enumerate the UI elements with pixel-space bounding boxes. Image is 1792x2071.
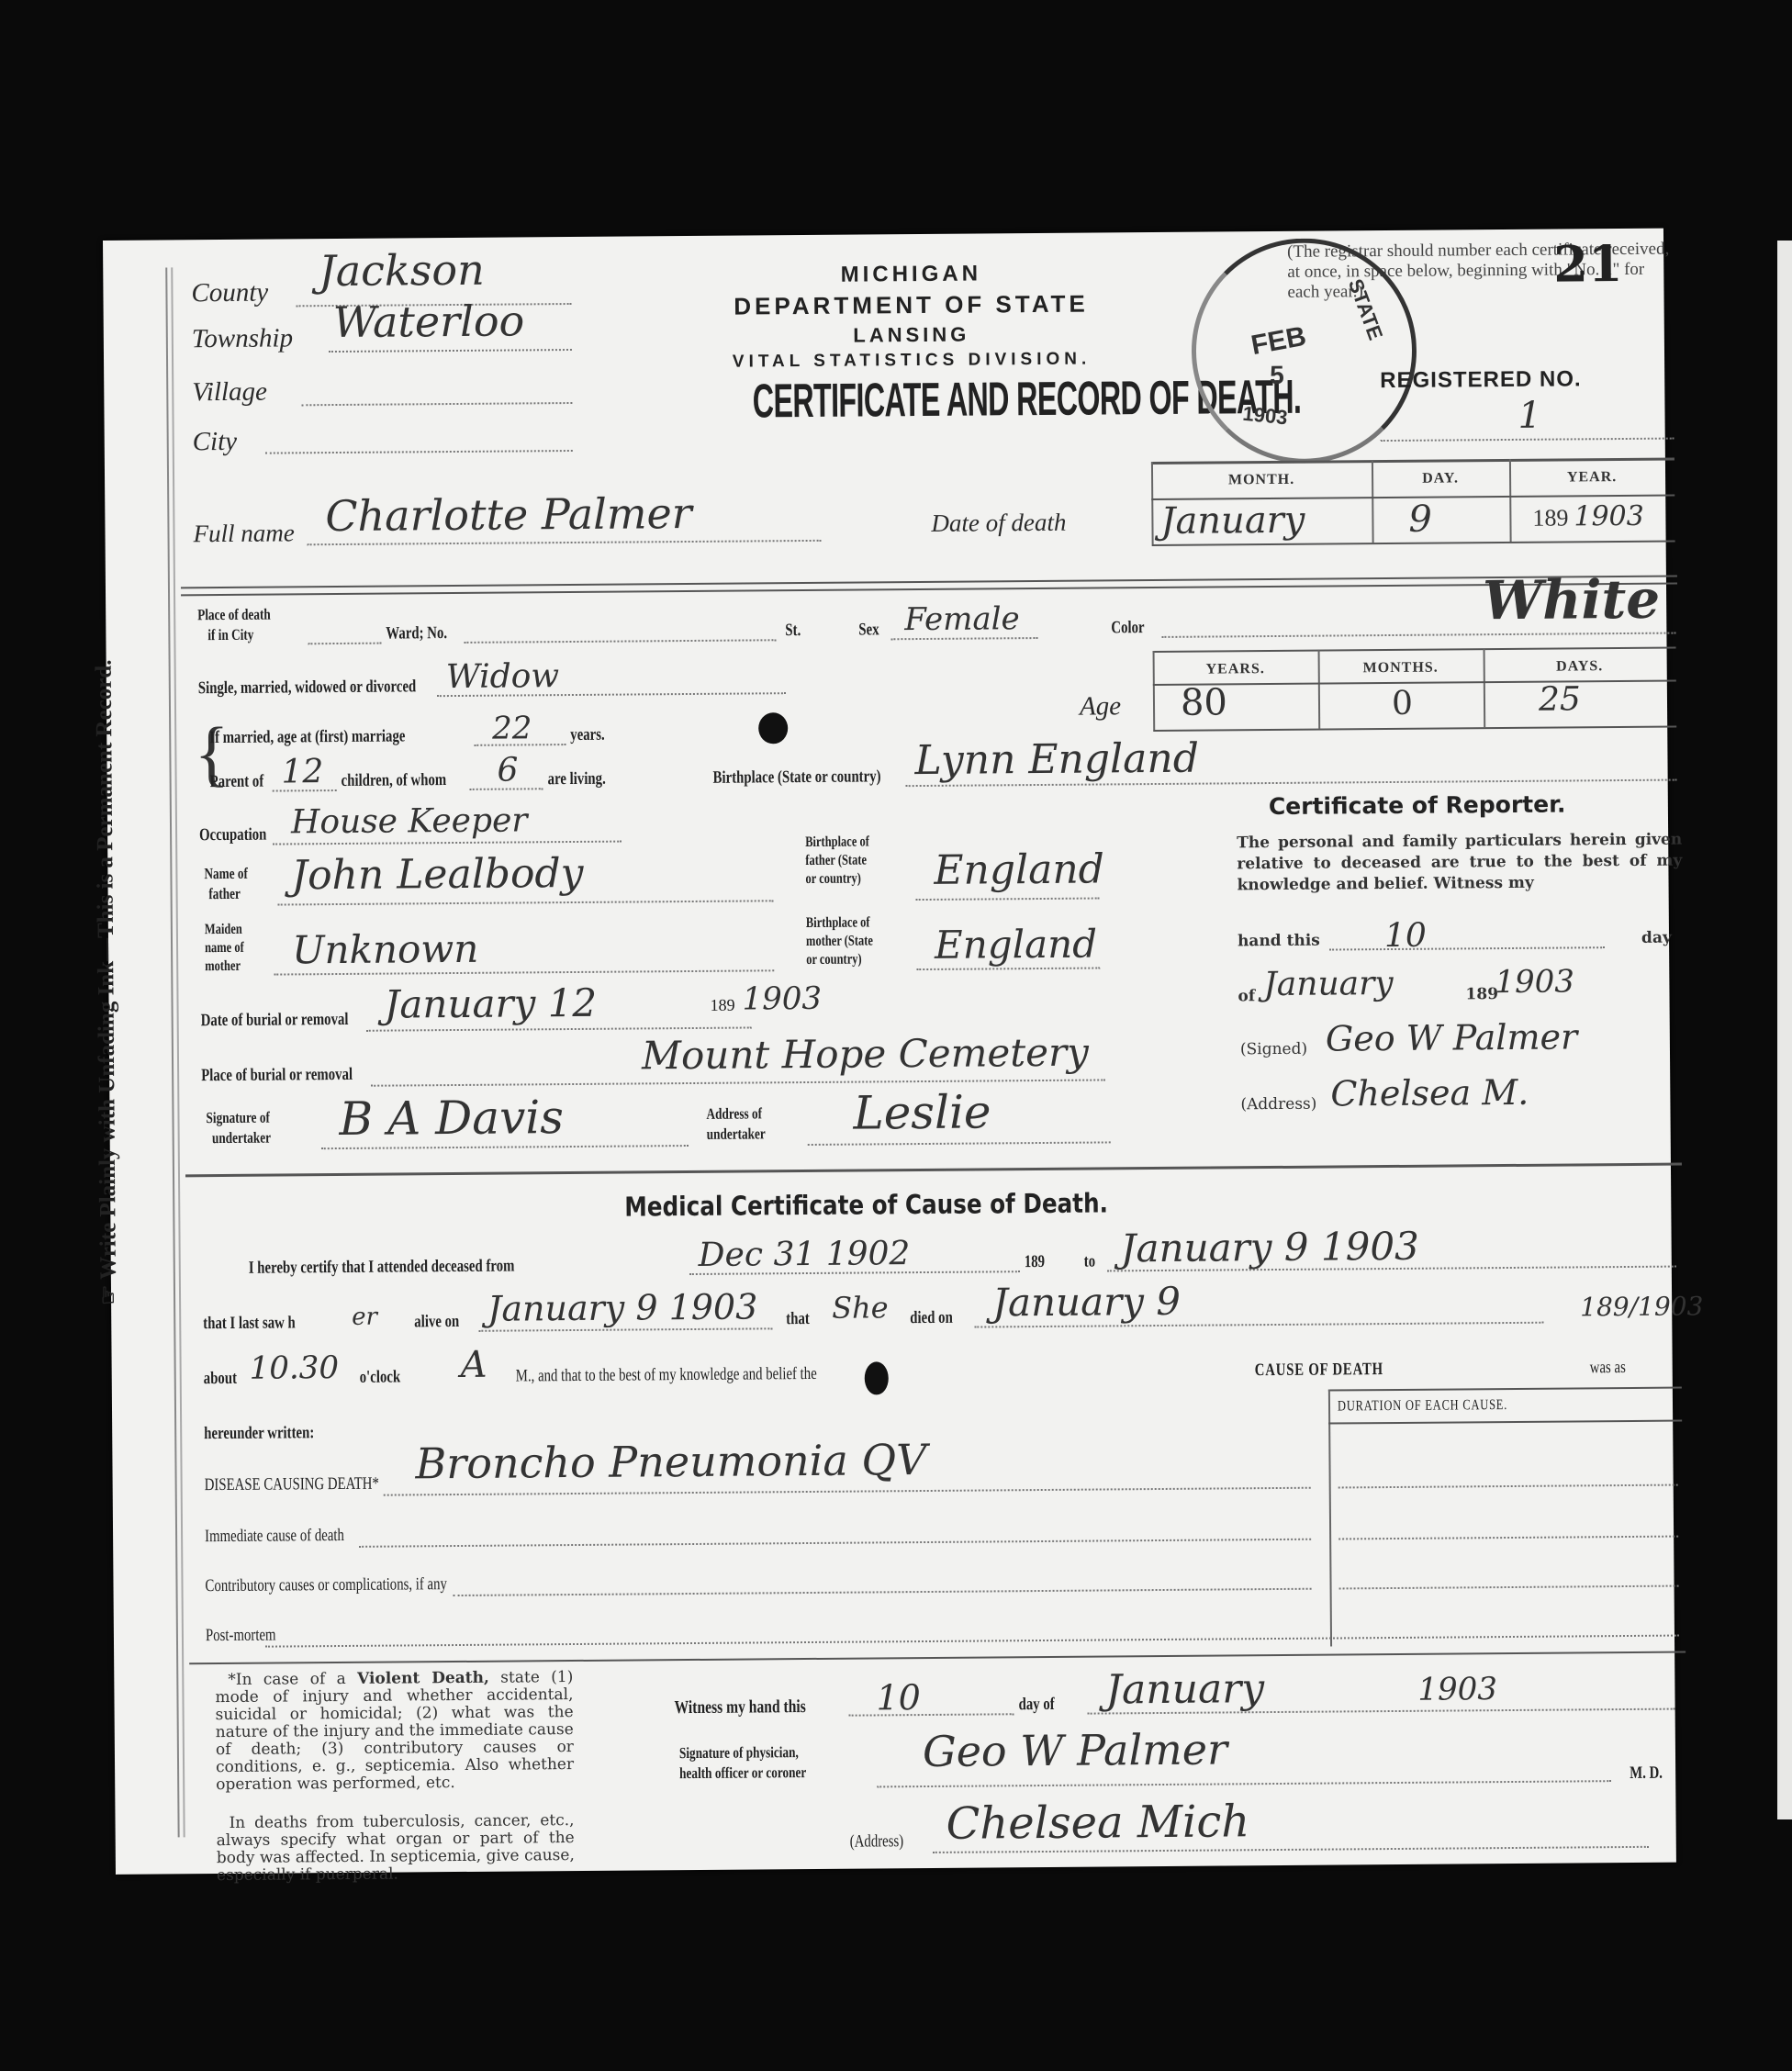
burial-date-line — [366, 1026, 752, 1031]
age-at-marriage-label: If married, age at (first) marriage — [209, 726, 405, 748]
township-line — [329, 349, 572, 353]
reporter-address-value[interactable]: Chelsea M. — [1330, 1072, 1529, 1114]
city-field[interactable] — [265, 450, 573, 454]
age-label: Age — [1080, 691, 1121, 722]
undertaker-signature-value[interactable]: B A Davis — [339, 1091, 564, 1146]
age-at-marriage-value[interactable]: 22 — [492, 710, 532, 746]
date-month-header: MONTH. — [1151, 471, 1372, 489]
md-label: M. D. — [1630, 1763, 1663, 1784]
death-certificate: ☞ Write Plainly with Unfading Ink—This i… — [103, 229, 1676, 1875]
undertaker-address-label: Address of undertaker — [706, 1103, 765, 1145]
cause-of-death-bold: CAUSE OF DEATH — [1255, 1360, 1383, 1381]
age-years-value[interactable]: 80 — [1181, 681, 1227, 723]
father-birthplace-label-2: father (State — [805, 852, 867, 868]
father-birthplace-value[interactable]: England — [934, 845, 1104, 893]
stamp-year: 1903 — [1241, 402, 1288, 431]
mother-birthplace-label: Birthplace of mother (State or country) — [806, 913, 873, 969]
reporter-day-label: day — [1641, 928, 1672, 949]
living-count[interactable]: 6 — [497, 751, 518, 789]
last-saw-label: that I last saw h — [203, 1313, 296, 1334]
header-city: LANSING — [655, 321, 1169, 349]
adjacent-page-edge — [1777, 241, 1792, 1819]
burial-place-value[interactable]: Mount Hope Cemetery — [642, 1030, 1089, 1079]
village-label: Village — [192, 377, 267, 409]
disease-value[interactable]: Broncho Pneumonia QV — [415, 1435, 926, 1488]
father-birthplace-label: Birthplace of father (State or country) — [805, 833, 869, 889]
place-of-death-label-1: Place of death — [197, 606, 271, 624]
father-birthplace-label-3: or country) — [805, 871, 861, 887]
sex-value[interactable]: Female — [904, 600, 1020, 638]
father-name-value[interactable]: John Lealbody — [291, 850, 583, 899]
age-years-header: YEARS. — [1153, 661, 1318, 678]
form-title: CERTIFICATE AND RECORD OF DEATH. — [753, 372, 1072, 430]
birthplace-value[interactable]: Lynn England — [914, 735, 1199, 784]
attended-label: I hereby certify that I attended decease… — [249, 1257, 515, 1279]
full-name-label: Full name — [193, 519, 294, 548]
attended-to-value[interactable]: January 9 1903 — [1120, 1224, 1419, 1271]
physician-label-2: health officer or coroner — [679, 1763, 806, 1782]
that-label: that — [786, 1309, 810, 1329]
age-months-header: MONTHS. — [1318, 659, 1484, 677]
age-table-bottom — [1153, 726, 1676, 732]
mother-birthplace-label-3: or country) — [806, 952, 862, 968]
undertaker-address-line — [808, 1141, 1111, 1146]
physician-line — [877, 1780, 1611, 1787]
father-line — [278, 900, 774, 905]
age-days-value[interactable]: 25 — [1539, 680, 1581, 718]
date-day-header: DAY. — [1372, 470, 1509, 487]
children-count[interactable]: 12 — [281, 753, 323, 790]
header-state: MICHIGAN — [654, 260, 1168, 289]
date-table-top — [1151, 458, 1674, 465]
burial-year-value[interactable]: 1903 — [742, 980, 822, 1018]
footnote-prefix: *In case of a — [215, 1670, 357, 1689]
witness-month-value[interactable]: January — [1105, 1665, 1264, 1713]
hereunder-label: hereunder written: — [204, 1423, 314, 1444]
stamp-month: FEB — [1249, 321, 1308, 362]
marital-value[interactable]: Widow — [446, 657, 560, 696]
died-year-value[interactable]: 189/1903 — [1580, 1291, 1703, 1322]
death-year-printed: 189 — [1532, 504, 1568, 532]
witness-label: Witness my hand this — [674, 1696, 805, 1718]
postmortem-label: Post-mortem — [206, 1626, 276, 1647]
father-label-2: father — [205, 885, 241, 902]
age-at-marriage-unit: years. — [570, 725, 605, 745]
reporter-day-line — [1329, 946, 1605, 950]
section-divider-3 — [189, 1651, 1686, 1665]
duration-field-2[interactable] — [1338, 1536, 1678, 1540]
registered-no-label: REGISTERED NO. — [1380, 366, 1582, 394]
died-on-value[interactable]: January 9 — [992, 1279, 1181, 1326]
occupation-label: Occupation — [199, 825, 266, 846]
duration-header-bottom — [1328, 1420, 1682, 1425]
burial-place-label: Place of burial or removal — [201, 1065, 353, 1086]
color-value[interactable]: White — [1483, 568, 1661, 632]
duration-left — [1328, 1390, 1332, 1647]
date-year-header: YEAR. — [1509, 469, 1674, 487]
physician-signature-value[interactable]: Geo W Palmer — [923, 1724, 1227, 1776]
father-label: Name of father — [204, 864, 248, 904]
header-department: DEPARTMENT OF STATE — [654, 289, 1168, 321]
undertaker-address-value[interactable]: Leslie — [853, 1085, 991, 1139]
mother-label: Maiden name of mother — [205, 921, 244, 976]
that-value[interactable]: She — [832, 1290, 889, 1325]
m-label: M., and that to the best of my knowledge… — [516, 1364, 817, 1387]
township-value[interactable]: Waterloo — [332, 296, 524, 347]
to-label: to — [1084, 1252, 1096, 1272]
mother-birthplace-label-2: mother (State — [806, 933, 873, 949]
stamp-side-text: STATE — [1343, 275, 1387, 343]
undertaker-address-label-2: undertaker — [707, 1125, 766, 1143]
duration-field-1[interactable] — [1338, 1484, 1678, 1489]
mother-label-2: name of — [205, 940, 244, 956]
death-year-value[interactable]: 1903 — [1574, 500, 1644, 533]
mother-name-value[interactable]: Unknown — [292, 926, 479, 973]
undertaker-signature-label-1: Signature of — [206, 1109, 270, 1127]
ink-blot — [758, 712, 788, 744]
about-value[interactable]: 10.30 — [249, 1349, 339, 1387]
burial-date-value[interactable]: January 12 — [384, 980, 597, 1027]
alive-on-value[interactable]: January 9 1903 — [487, 1286, 758, 1328]
about-label: about — [204, 1369, 237, 1389]
ampm-value[interactable]: A — [460, 1344, 487, 1386]
section-divider-2 — [185, 1163, 1682, 1178]
reporter-day-value[interactable]: 10 — [1384, 917, 1427, 955]
died-on-label: died on — [910, 1308, 953, 1328]
duration-header: DURATION OF EACH CAUSE. — [1338, 1397, 1507, 1415]
received-date-stamp: FEB 5 1903 STATE — [1191, 238, 1417, 465]
immediate-label: Immediate cause of death — [205, 1526, 344, 1547]
date-of-death-label: Date of death — [931, 509, 1066, 538]
page-number: 21 — [1553, 234, 1623, 294]
mother-label-3: mother — [205, 958, 241, 974]
physician-label: Signature of physician, health officer o… — [679, 1742, 806, 1784]
reporter-signed-label: (Signed) — [1240, 1039, 1307, 1061]
reporter-address-label: (Address) — [1240, 1094, 1316, 1116]
physician-address-label: (Address) — [850, 1831, 904, 1852]
reporter-signed-value[interactable]: Geo W Palmer — [1326, 1016, 1578, 1058]
place-of-death-label-2: if in City — [197, 626, 253, 644]
place-of-death-field[interactable] — [308, 643, 381, 645]
reporter-hand-label: hand this — [1238, 931, 1320, 953]
father-birthplace-line — [916, 897, 1100, 901]
mother-birthplace-label-1: Birthplace of — [806, 914, 870, 931]
burial-year-printed: 189 — [710, 996, 734, 1015]
undertaker-signature-label-2: undertaker — [207, 1129, 271, 1147]
age-months-value[interactable]: 0 — [1392, 685, 1413, 722]
ward-label: Ward; No. — [386, 623, 447, 644]
death-month-value[interactable]: January — [1160, 499, 1305, 543]
was-label: was as — [1590, 1358, 1626, 1378]
registered-no-line — [1381, 438, 1674, 442]
county-value[interactable]: Jackson — [319, 245, 485, 296]
ink-blot-2 — [865, 1361, 889, 1394]
immediate-field[interactable] — [359, 1539, 1311, 1548]
attended-year-printed: 189 — [1025, 1252, 1045, 1272]
mother-birthplace-line — [916, 967, 1100, 970]
full-name-value[interactable]: Charlotte Palmer — [325, 488, 692, 541]
permanent-record-note: ☞ Write Plainly with Unfading Ink—This i… — [90, 659, 123, 1305]
age-table-top — [1153, 647, 1676, 653]
mother-birthplace-value[interactable]: England — [935, 922, 1097, 968]
form-header: MICHIGAN DEPARTMENT OF STATE LANSING VIT… — [654, 260, 1169, 430]
contributory-field[interactable] — [454, 1588, 1312, 1596]
marital-label: Single, married, widowed or divorced — [198, 677, 417, 699]
city-label: City — [193, 427, 238, 457]
physician-address-value[interactable]: Chelsea Mich — [946, 1796, 1249, 1850]
color-line — [1161, 632, 1675, 638]
contributory-label: Contributory causes or complications, if… — [205, 1574, 447, 1596]
children-label: children, of whom — [342, 770, 447, 791]
street-label: St. — [785, 621, 801, 641]
undertaker-signature-line — [321, 1145, 689, 1149]
township-label: Township — [192, 323, 293, 354]
violent-death-footnote: *In case of a Violent Death, state (1) m… — [215, 1669, 574, 1794]
registered-no-value[interactable]: 1 — [1518, 395, 1541, 437]
birthplace-label: Birthplace (State or country) — [713, 767, 881, 788]
occupation-line — [273, 841, 622, 845]
physician-label-1: Signature of physician, — [679, 1743, 799, 1762]
oclock-label: o'clock — [360, 1367, 401, 1387]
disease-label: DISEASE CAUSING DEATH* — [205, 1474, 379, 1495]
header-division: VITAL STATISTICS DIVISION. — [655, 349, 1169, 373]
medical-title: Medical Certificate of Cause of Death. — [624, 1187, 1108, 1222]
duration-field-3[interactable] — [1339, 1585, 1679, 1590]
age-table-mid — [1153, 680, 1676, 686]
attended-from-value[interactable]: Dec 31 1902 — [699, 1235, 911, 1274]
place-of-death-label: Place of death if in City — [197, 605, 271, 646]
color-label: Color — [1111, 618, 1144, 638]
burial-place-line — [371, 1079, 1105, 1086]
reporter-year-value[interactable]: 1903 — [1495, 963, 1574, 1001]
reporter-of-label: of — [1238, 986, 1255, 1007]
postmortem-field[interactable] — [265, 1635, 1679, 1648]
alive-on-label: alive on — [414, 1312, 459, 1332]
age-days-header: DAYS. — [1484, 658, 1676, 677]
mother-label-1: Maiden — [205, 922, 242, 937]
reporter-month-value[interactable]: January — [1263, 965, 1394, 1003]
ward-field[interactable] — [464, 639, 776, 644]
occupation-value[interactable]: House Keeper — [291, 801, 528, 841]
undertaker-address-label-1: Address of — [706, 1104, 762, 1122]
undertaker-signature-label: Signature of undertaker — [206, 1108, 271, 1149]
father-birthplace-label-1: Birthplace of — [805, 834, 869, 850]
death-day-value[interactable]: 9 — [1408, 498, 1432, 541]
disease-footnote: In deaths from tuberculosis, cancer, etc… — [216, 1812, 575, 1885]
father-label-1: Name of — [204, 865, 248, 882]
sex-label: Sex — [858, 620, 879, 640]
witness-day-line — [849, 1713, 1014, 1716]
duration-top — [1328, 1387, 1682, 1392]
parent-of-label: Parent of — [210, 772, 264, 792]
reporter-year-printed: 189 — [1465, 984, 1498, 1005]
burial-date-label: Date of burial or removal — [201, 1010, 349, 1031]
footnote-bold: Violent Death, — [357, 1669, 489, 1688]
witness-dayof-label: day of — [1018, 1695, 1054, 1715]
village-field[interactable] — [301, 402, 572, 406]
living-label: are living. — [548, 769, 606, 789]
stamp-day: 5 — [1270, 361, 1284, 390]
full-name-line — [308, 540, 822, 545]
witness-year-value[interactable]: 1903 — [1417, 1671, 1497, 1708]
witness-day-value[interactable]: 10 — [876, 1677, 921, 1718]
section-divider-1a — [181, 576, 1677, 589]
last-saw-pronoun[interactable]: er — [352, 1304, 377, 1331]
reporter-title: Certificate of Reporter. — [1269, 791, 1566, 821]
reporter-body: The personal and family particulars here… — [1237, 830, 1683, 897]
disease-line — [384, 1487, 1311, 1496]
county-label: County — [191, 278, 268, 309]
